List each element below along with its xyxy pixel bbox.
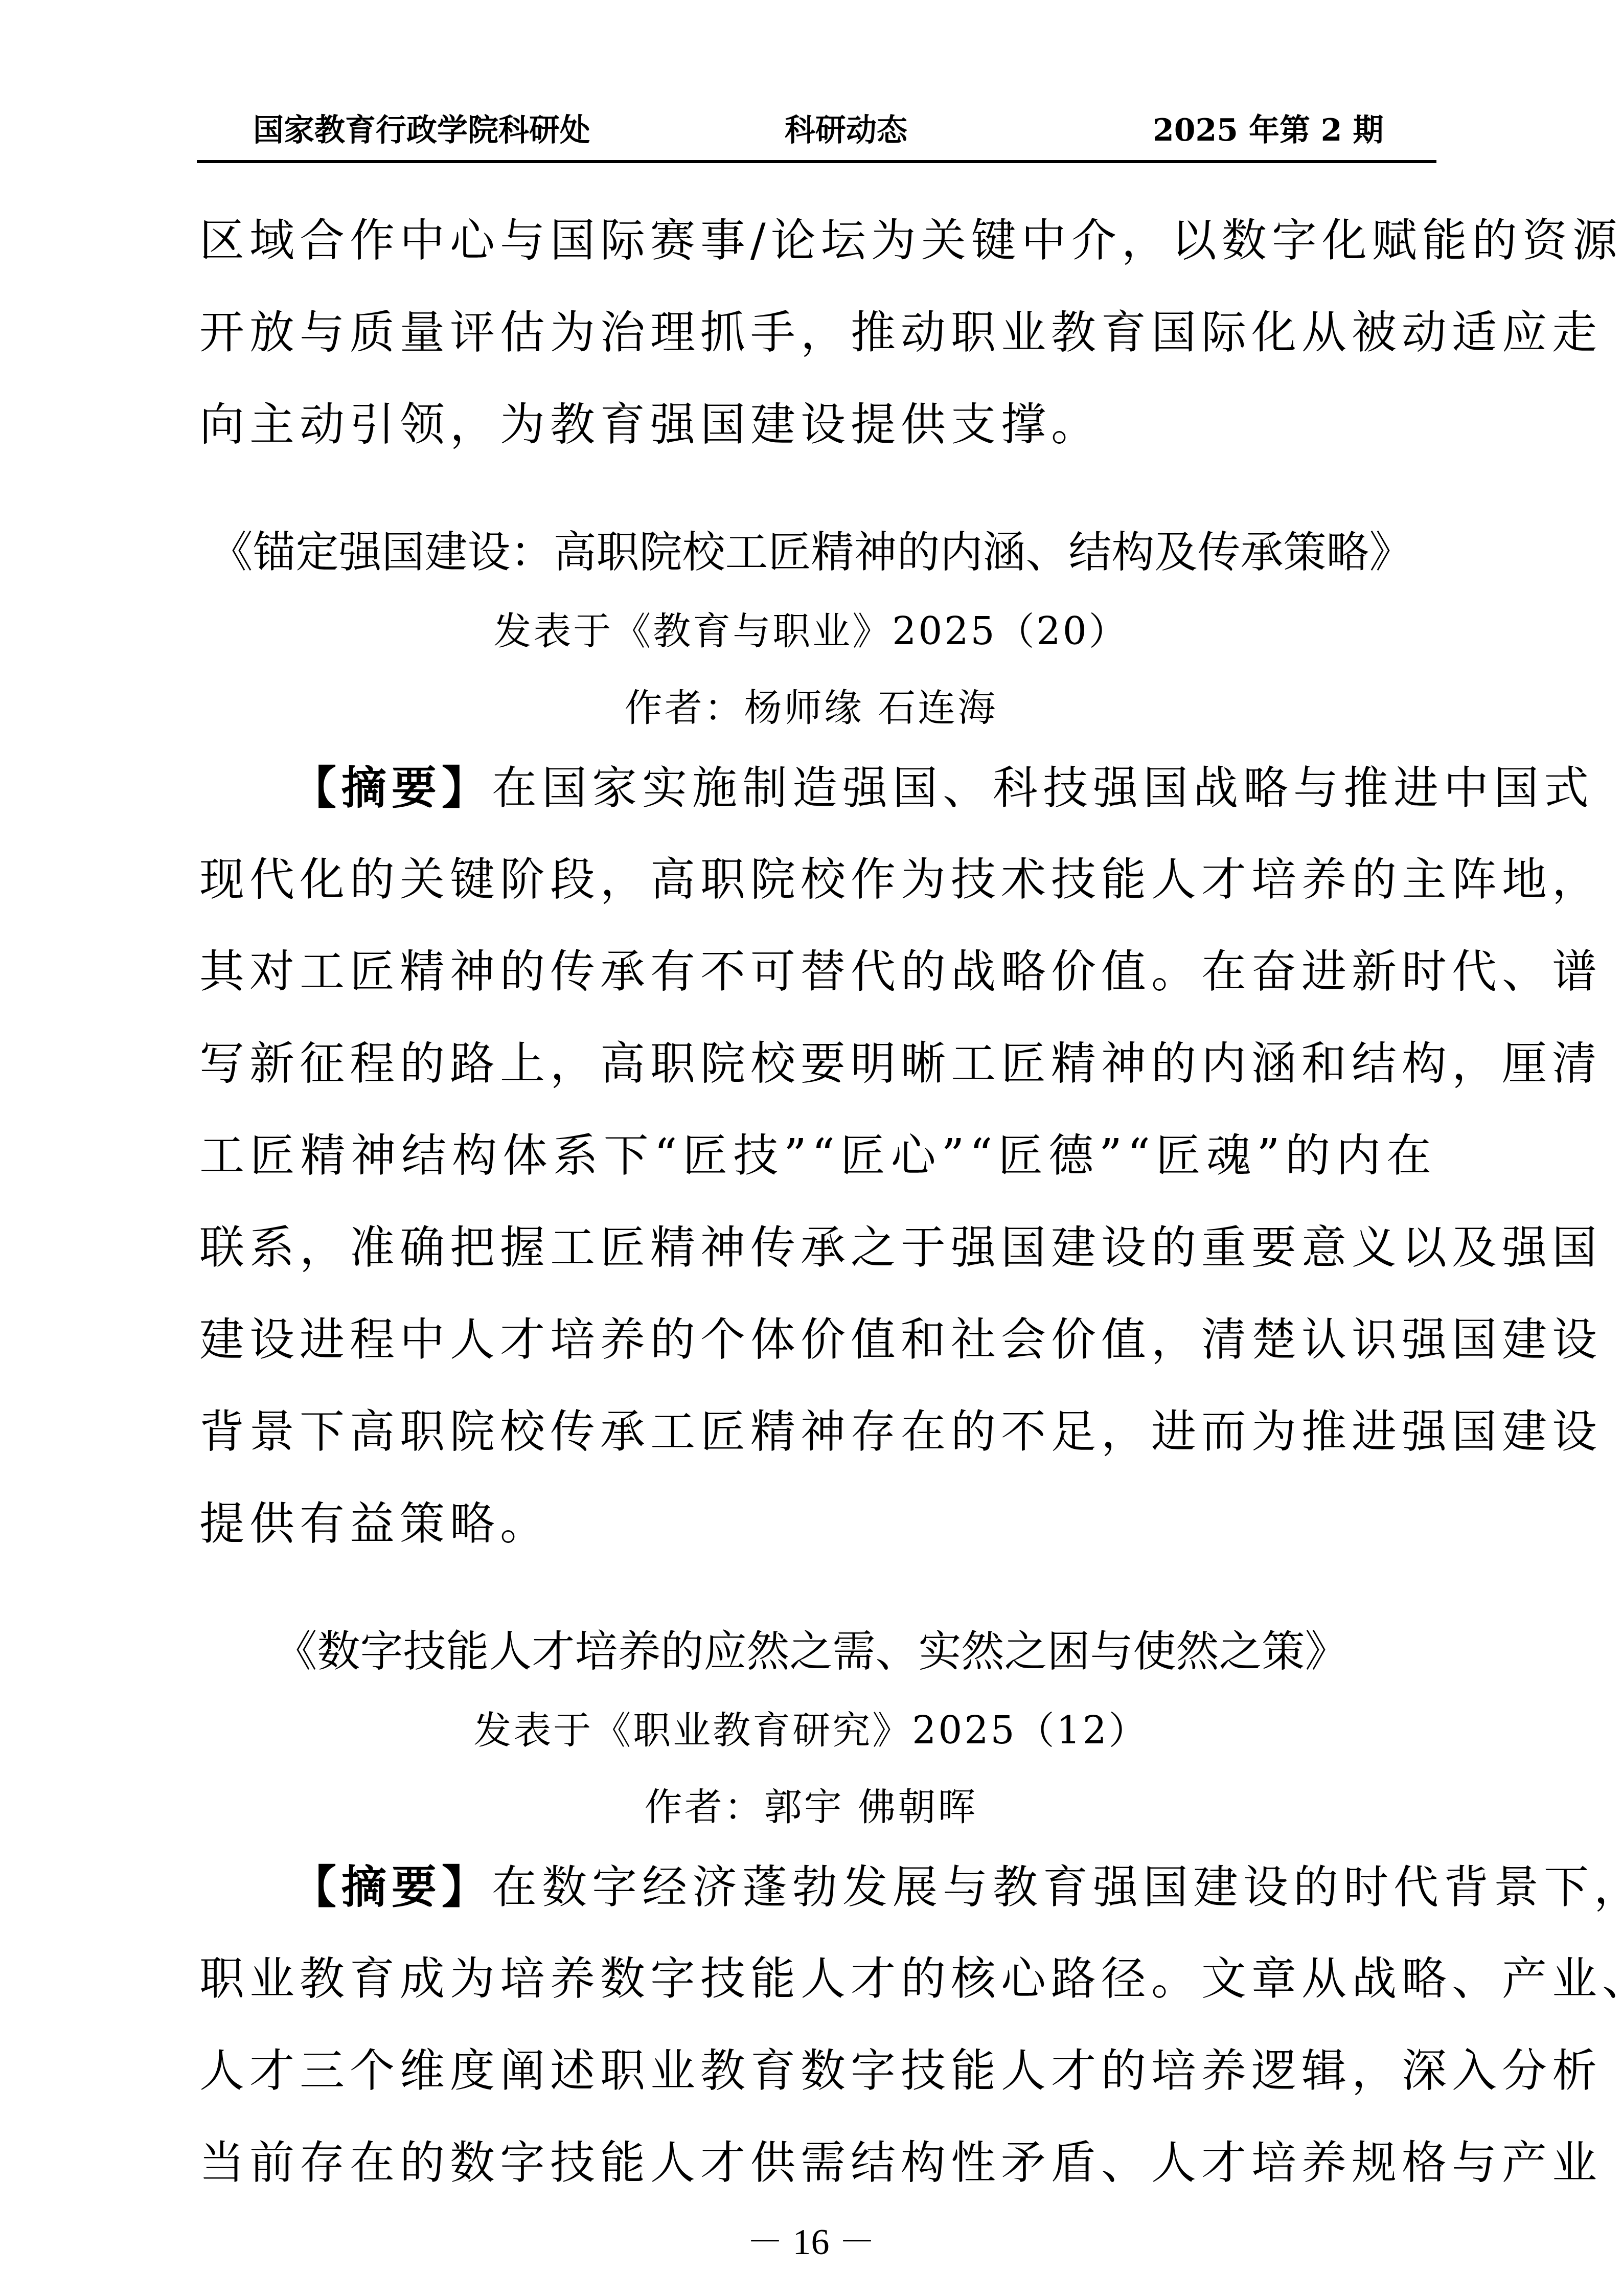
abstract-line: 人才三个维度阐述职业教育数字技能人才的培养逻辑，深入分析	[199, 2040, 1436, 2101]
abstract-line: 联系，准确把握工匠精神传承之于强国建设的重要意义以及强国	[199, 1217, 1436, 1278]
abstract-line: 其对工匠精神的传承有不可替代的战略价值。在奋进新时代、谱	[199, 941, 1436, 1002]
abstract-line: 写新征程的路上，高职院校要明晰工匠精神的内涵和结构，厘清	[199, 1033, 1436, 1094]
article-title: 《数字技能人才培养的应然之需、实然之困与使然之策》	[0, 1621, 1622, 1682]
paragraph-line: 向主动引领，为教育强国建设提供支撑。	[199, 394, 1436, 455]
abstract-line: 现代化的关键阶段，高职院校作为技术技能人才培养的主阵地，	[199, 849, 1436, 910]
header-organization: 国家教育行政学院科研处	[253, 105, 590, 156]
abstract-line: 建设进程中人才培养的个体价值和社会价值，清楚认识强国建设	[199, 1309, 1436, 1370]
abstract-line: 工匠精神结构体系下“匠技”“匠心”“匠德”“匠魂”的内在	[199, 1125, 1436, 1186]
paragraph-line: 开放与质量评估为治理抓手，推动职业教育国际化从被动适应走	[199, 302, 1436, 363]
header-rule	[197, 160, 1436, 163]
paragraph-line: 区域合作中心与国际赛事/论坛为关键中介，以数字化赋能的资源	[199, 210, 1436, 271]
abstract-line: 提供有益策略。	[199, 1493, 1436, 1554]
abstract-line: 背景下高职院校传承工匠精神存在的不足，进而为推进强国建设	[199, 1401, 1436, 1462]
abstract-text: 在数字经济蓬勃发展与教育强国建设的时代背景下，	[492, 1860, 1622, 1913]
abstract-label: 【摘要】	[291, 1860, 492, 1913]
header-publication: 科研动态	[785, 105, 907, 156]
page-header: 国家教育行政学院科研处 科研动态 2025 年第 2 期	[197, 105, 1436, 156]
abstract-line: 【摘要】在国家实施制造强国、科技强国战略与推进中国式	[199, 757, 1436, 819]
header-issue: 2025 年第 2 期	[1153, 105, 1383, 156]
article-authors: 作者：杨师缘 石连海	[0, 680, 1622, 736]
abstract-line: 职业教育成为培养数字技能人才的核心路径。文章从战略、产业、	[199, 1948, 1436, 2009]
page-number: － 16 －	[0, 2214, 1622, 2270]
abstract-line: 当前存在的数字技能人才供需结构性矛盾、人才培养规格与产业	[199, 2132, 1436, 2193]
article-authors: 作者：郭宇 佛朝晖	[0, 1779, 1622, 1835]
article-publication: 发表于《教育与职业》2025（20）	[0, 603, 1622, 660]
abstract-line: 【摘要】在数字经济蓬勃发展与教育强国建设的时代背景下，	[199, 1856, 1436, 1918]
article-title: 《锚定强国建设：高职院校工匠精神的内涵、结构及传承策略》	[0, 521, 1622, 583]
abstract-text: 在国家实施制造强国、科技强国战略与推进中国式	[492, 761, 1594, 814]
abstract-label: 【摘要】	[291, 761, 492, 814]
article-publication: 发表于《职业教育研究》2025（12）	[0, 1702, 1622, 1759]
